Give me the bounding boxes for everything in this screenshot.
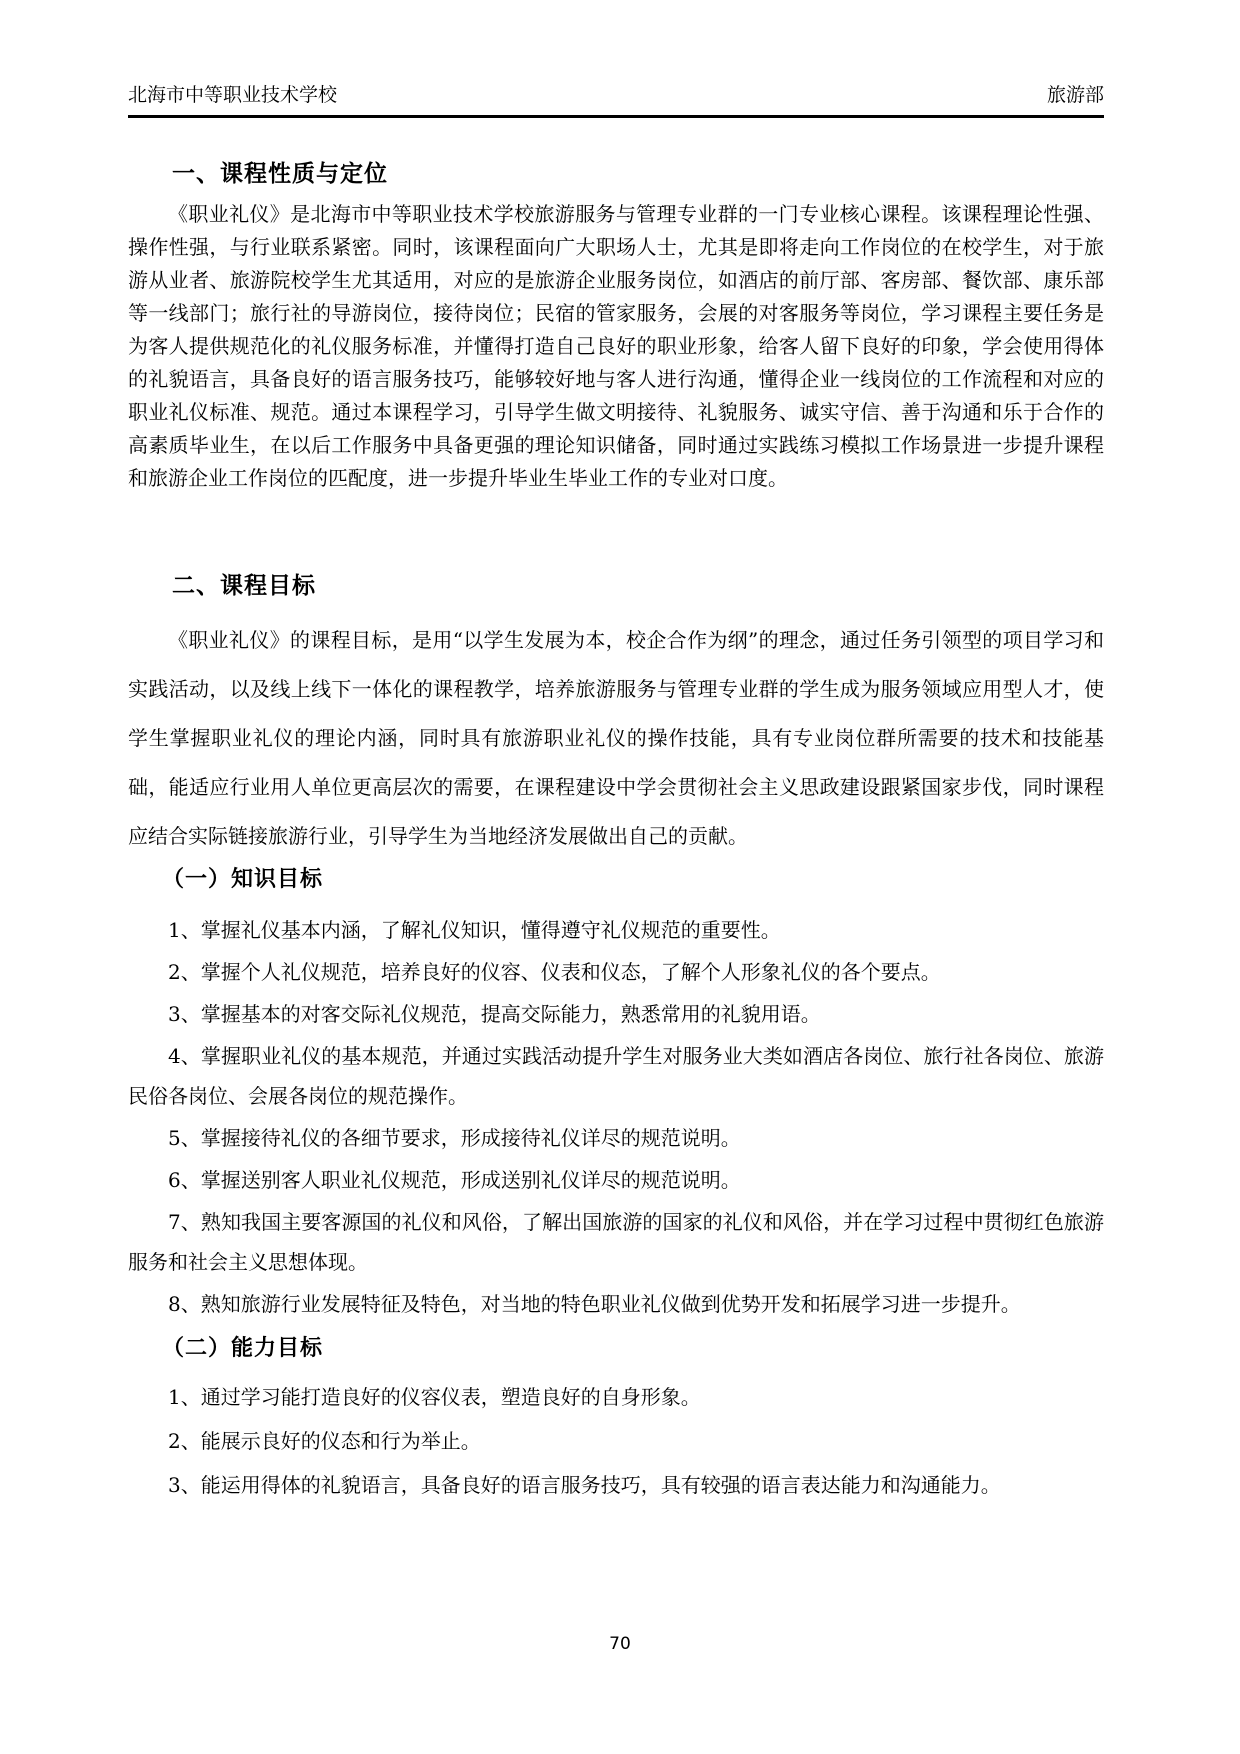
list-item: 1、掌握礼仪基本内涵，了解礼仪知识，懂得遵守礼仪规范的重要性。 [128, 910, 1104, 950]
course-objectives-paragraph: 《职业礼仪》的课程目标，是用“以学生发展为本，校企合作为纲”的理念，通过任务引领… [128, 616, 1104, 861]
list-item: 5、掌握接待礼仪的各细节要求，形成接待礼仪详尽的规范说明。 [128, 1118, 1104, 1158]
section-heading-course-nature: 一、课程性质与定位 [128, 159, 1104, 189]
course-nature-paragraph: 《职业礼仪》是北海市中等职业技术学校旅游服务与管理专业群的一门专业核心课程。该课… [128, 198, 1104, 495]
ability-objectives-list: 1、通过学习能打造良好的仪容仪表，塑造良好的自身形象。 2、能展示良好的仪态和行… [128, 1376, 1104, 1506]
page-number: 70 [609, 1634, 631, 1654]
subsection-heading-knowledge-objectives: （一）知识目标 [128, 865, 1104, 895]
list-item: 8、熟知旅游行业发展特征及特色，对当地的特色职业礼仪做到优势开发和拓展学习进一步… [128, 1284, 1104, 1324]
list-item: 2、能展示良好的仪态和行为举止。 [128, 1420, 1104, 1462]
list-item: 6、掌握送别客人职业礼仪规范，形成送别礼仪详尽的规范说明。 [128, 1160, 1104, 1200]
subsection-heading-ability-objectives: （二）能力目标 [128, 1334, 1104, 1364]
list-item: 3、能运用得体的礼貌语言，具备良好的语言服务技巧，具有较强的语言表达能力和沟通能… [128, 1464, 1104, 1506]
page-header: 北海市中等职业技术学校 旅游部 [128, 84, 1104, 118]
section-heading-course-objectives: 二、课程目标 [128, 571, 1104, 601]
document-page: 北海市中等职业技术学校 旅游部 一、课程性质与定位 《职业礼仪》是北海市中等职业… [0, 0, 1240, 1754]
list-item: 2、掌握个人礼仪规范，培养良好的仪容、仪表和仪态，了解个人形象礼仪的各个要点。 [128, 952, 1104, 992]
list-item: 3、掌握基本的对客交际礼仪规范，提高交际能力，熟悉常用的礼貌用语。 [128, 994, 1104, 1034]
knowledge-objectives-list: 1、掌握礼仪基本内涵，了解礼仪知识，懂得遵守礼仪规范的重要性。 2、掌握个人礼仪… [128, 910, 1104, 1324]
header-school-name: 北海市中等职业技术学校 [128, 84, 337, 106]
header-department-name: 旅游部 [1047, 84, 1104, 106]
list-item: 1、通过学习能打造良好的仪容仪表，塑造良好的自身形象。 [128, 1376, 1104, 1418]
list-item: 4、掌握职业礼仪的基本规范，并通过实践活动提升学生对服务业大类如酒店各岗位、旅行… [128, 1036, 1104, 1116]
page-footer: 70 [0, 1634, 1240, 1654]
list-item: 7、熟知我国主要客源国的礼仪和风俗，了解出国旅游的国家的礼仪和风俗，并在学习过程… [128, 1202, 1104, 1282]
